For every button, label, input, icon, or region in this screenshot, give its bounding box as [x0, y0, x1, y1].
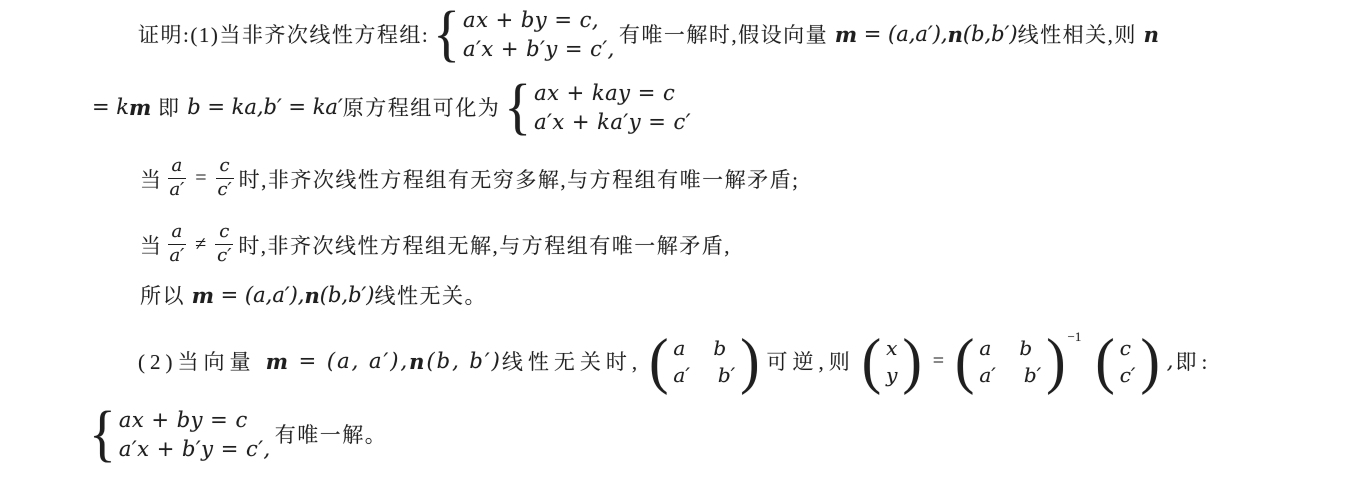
- inverse-exponent: −1: [1068, 330, 1082, 343]
- vector-n-symbol: n: [409, 349, 426, 374]
- left-paren-icon: (: [649, 330, 668, 393]
- text-run: 当: [140, 164, 163, 194]
- math-run: = (a, a′),: [290, 349, 409, 373]
- matrix-row: a b: [673, 337, 735, 359]
- math-run: b = ka,b′ = ka′: [187, 95, 342, 119]
- matrix-cell: a: [673, 337, 685, 359]
- math-run: (b, b′): [426, 349, 501, 373]
- math-run: (b,b′): [963, 22, 1018, 46]
- comma: ,: [1167, 349, 1176, 373]
- text-run: 即:: [1175, 346, 1212, 376]
- fraction-a-over-aprime: a a′: [168, 156, 187, 200]
- equation-system-1: { ax + by = c, a′x + b′y = c′,: [433, 6, 615, 62]
- numerator: c: [216, 156, 234, 179]
- vector-body: x y: [886, 337, 897, 386]
- line1-prefix-text: 证明:(1)当非齐次线性方程组:: [138, 19, 429, 49]
- text-run: 有唯一解。: [275, 419, 388, 449]
- math-run: = (a,a′),: [214, 283, 305, 307]
- vector-n-symbol: n: [948, 22, 963, 47]
- math-run: = (a,a′),: [857, 22, 948, 46]
- matrix-cell: b′: [718, 364, 735, 386]
- fraction-c-over-cprime: c c′: [215, 222, 233, 266]
- equation-stack: ax + by = c a′x + b′y = c′,: [119, 407, 271, 462]
- vector-m-symbol: m: [192, 283, 214, 308]
- fraction-c-over-cprime: c c′: [216, 156, 234, 200]
- text-run: 即: [151, 92, 187, 122]
- matrix-cell: b: [713, 337, 726, 359]
- numerator: a: [168, 222, 187, 245]
- denominator: c′: [217, 245, 231, 267]
- text-run: 时,非齐次线性方程组无解,与方程组有唯一解矛盾,: [238, 230, 731, 260]
- right-paren-icon: ): [902, 330, 921, 393]
- equation: ax + by = c,: [463, 7, 599, 33]
- vector-cell: c: [1120, 337, 1136, 359]
- proof-line-7: { ax + by = c a′x + b′y = c′, 有唯一解。: [85, 402, 387, 466]
- proof-line-1: 证明:(1)当非齐次线性方程组: { ax + by = c, a′x + b′…: [138, 3, 1159, 65]
- left-brace-icon: {: [89, 403, 116, 466]
- vector-cell: x: [886, 337, 897, 359]
- numerator: c: [215, 222, 233, 245]
- matrix-cell: a′: [979, 364, 995, 386]
- equation: a′x + ka′y = c′: [534, 109, 691, 135]
- vector-m-symbol: m: [266, 349, 290, 374]
- matrix-cell: a′: [673, 364, 689, 386]
- constants-vector: ( c c′ ): [1095, 332, 1159, 390]
- line1-end-text: 线性相关,则: [1018, 19, 1144, 49]
- left-paren-icon: (: [955, 330, 974, 393]
- vector-m-symbol: m: [129, 95, 151, 120]
- text-run: 线性无关。: [374, 280, 487, 310]
- text-run: (2)当向量: [138, 346, 266, 376]
- vector-m-symbol: m: [835, 22, 857, 47]
- text-run: 原方程组可化为: [343, 92, 501, 122]
- text-run: 线性无关时,: [502, 346, 642, 376]
- denominator: a′: [169, 245, 184, 267]
- proof-line-4: 当 a a′ ≠ c c′ 时,非齐次线性方程组无解,与方程组有唯一解矛盾,: [140, 221, 731, 268]
- equation-system-2: { ax + kay = c a′x + ka′y = c′: [504, 79, 691, 135]
- vector-cell: y: [886, 364, 897, 386]
- not-equals-sign: ≠: [195, 233, 206, 256]
- equation: a′x + b′y = c′,: [119, 436, 271, 462]
- equation: ax + kay = c: [534, 80, 675, 106]
- equation: ax + by = c: [119, 407, 248, 433]
- proof-line-2: = k m 即 b = ka,b′ = ka′ 原方程组可化为 { ax + k…: [92, 73, 695, 141]
- text-run: 所以: [140, 280, 192, 310]
- text-run: 可逆,则: [767, 346, 855, 376]
- numerator: a: [168, 156, 187, 179]
- document-page: 证明:(1)当非齐次线性方程组: { ax + by = c, a′x + b′…: [0, 0, 1357, 484]
- right-paren-icon: ): [740, 330, 759, 393]
- equation-system-3: { ax + by = c a′x + b′y = c′,: [89, 406, 271, 462]
- equals-sign: =: [195, 167, 206, 190]
- matrix-body: a b a′ b′: [979, 337, 1041, 386]
- matrix-row: a′ b′: [979, 364, 1041, 386]
- right-paren-icon: ): [1140, 330, 1159, 393]
- unknowns-vector: ( x y ): [862, 332, 922, 390]
- denominator: c′: [217, 179, 231, 201]
- vector-body: c c′: [1120, 337, 1136, 386]
- matrix-cell: a: [979, 337, 991, 359]
- left-paren-icon: (: [862, 330, 881, 393]
- math-run: (b,b′): [320, 283, 375, 307]
- matrix-body: a b a′ b′: [673, 337, 735, 386]
- coefficient-matrix: ( a b a′ b′ ): [649, 332, 759, 390]
- vector-cell: c′: [1120, 364, 1136, 386]
- left-brace-icon: {: [504, 76, 531, 139]
- vector-n-symbol: n: [304, 283, 319, 308]
- matrix-row: a b: [979, 337, 1041, 359]
- inverse-matrix: ( a b a′ b′ ) −1: [955, 332, 1081, 390]
- denominator: a′: [169, 179, 184, 201]
- equation-stack: ax + by = c, a′x + b′y = c′,: [463, 7, 615, 62]
- equation: a′x + b′y = c′,: [463, 36, 615, 62]
- left-brace-icon: {: [433, 3, 460, 66]
- equation-stack: ax + kay = c a′x + ka′y = c′: [534, 80, 691, 135]
- matrix-row: a′ b′: [673, 364, 735, 386]
- matrix-cell: b′: [1024, 364, 1041, 386]
- text-run: 时,非齐次线性方程组有无穷多解,与方程组有唯一解矛盾;: [239, 164, 800, 194]
- vector-n-symbol: n: [1144, 22, 1159, 47]
- proof-line-6: (2)当向量 m = (a, a′), n (b, b′) 线性无关时, ( a…: [138, 324, 1212, 398]
- proof-line-5: 所以 m = (a,a′), n (b,b′) 线性无关。: [140, 281, 487, 309]
- fraction-a-over-aprime: a a′: [168, 222, 187, 266]
- matrix-cell: b: [1019, 337, 1032, 359]
- left-paren-icon: (: [1095, 330, 1114, 393]
- text-run: 当: [140, 230, 163, 260]
- line1-mid-text: 有唯一解时,假设向量: [619, 19, 835, 49]
- math-run: = k: [92, 95, 129, 119]
- proof-line-3: 当 a a′ = c c′ 时,非齐次线性方程组有无穷多解,与方程组有唯一解矛盾…: [140, 155, 799, 202]
- equals-sign: =: [933, 350, 944, 373]
- right-paren-icon: ): [1046, 330, 1065, 393]
